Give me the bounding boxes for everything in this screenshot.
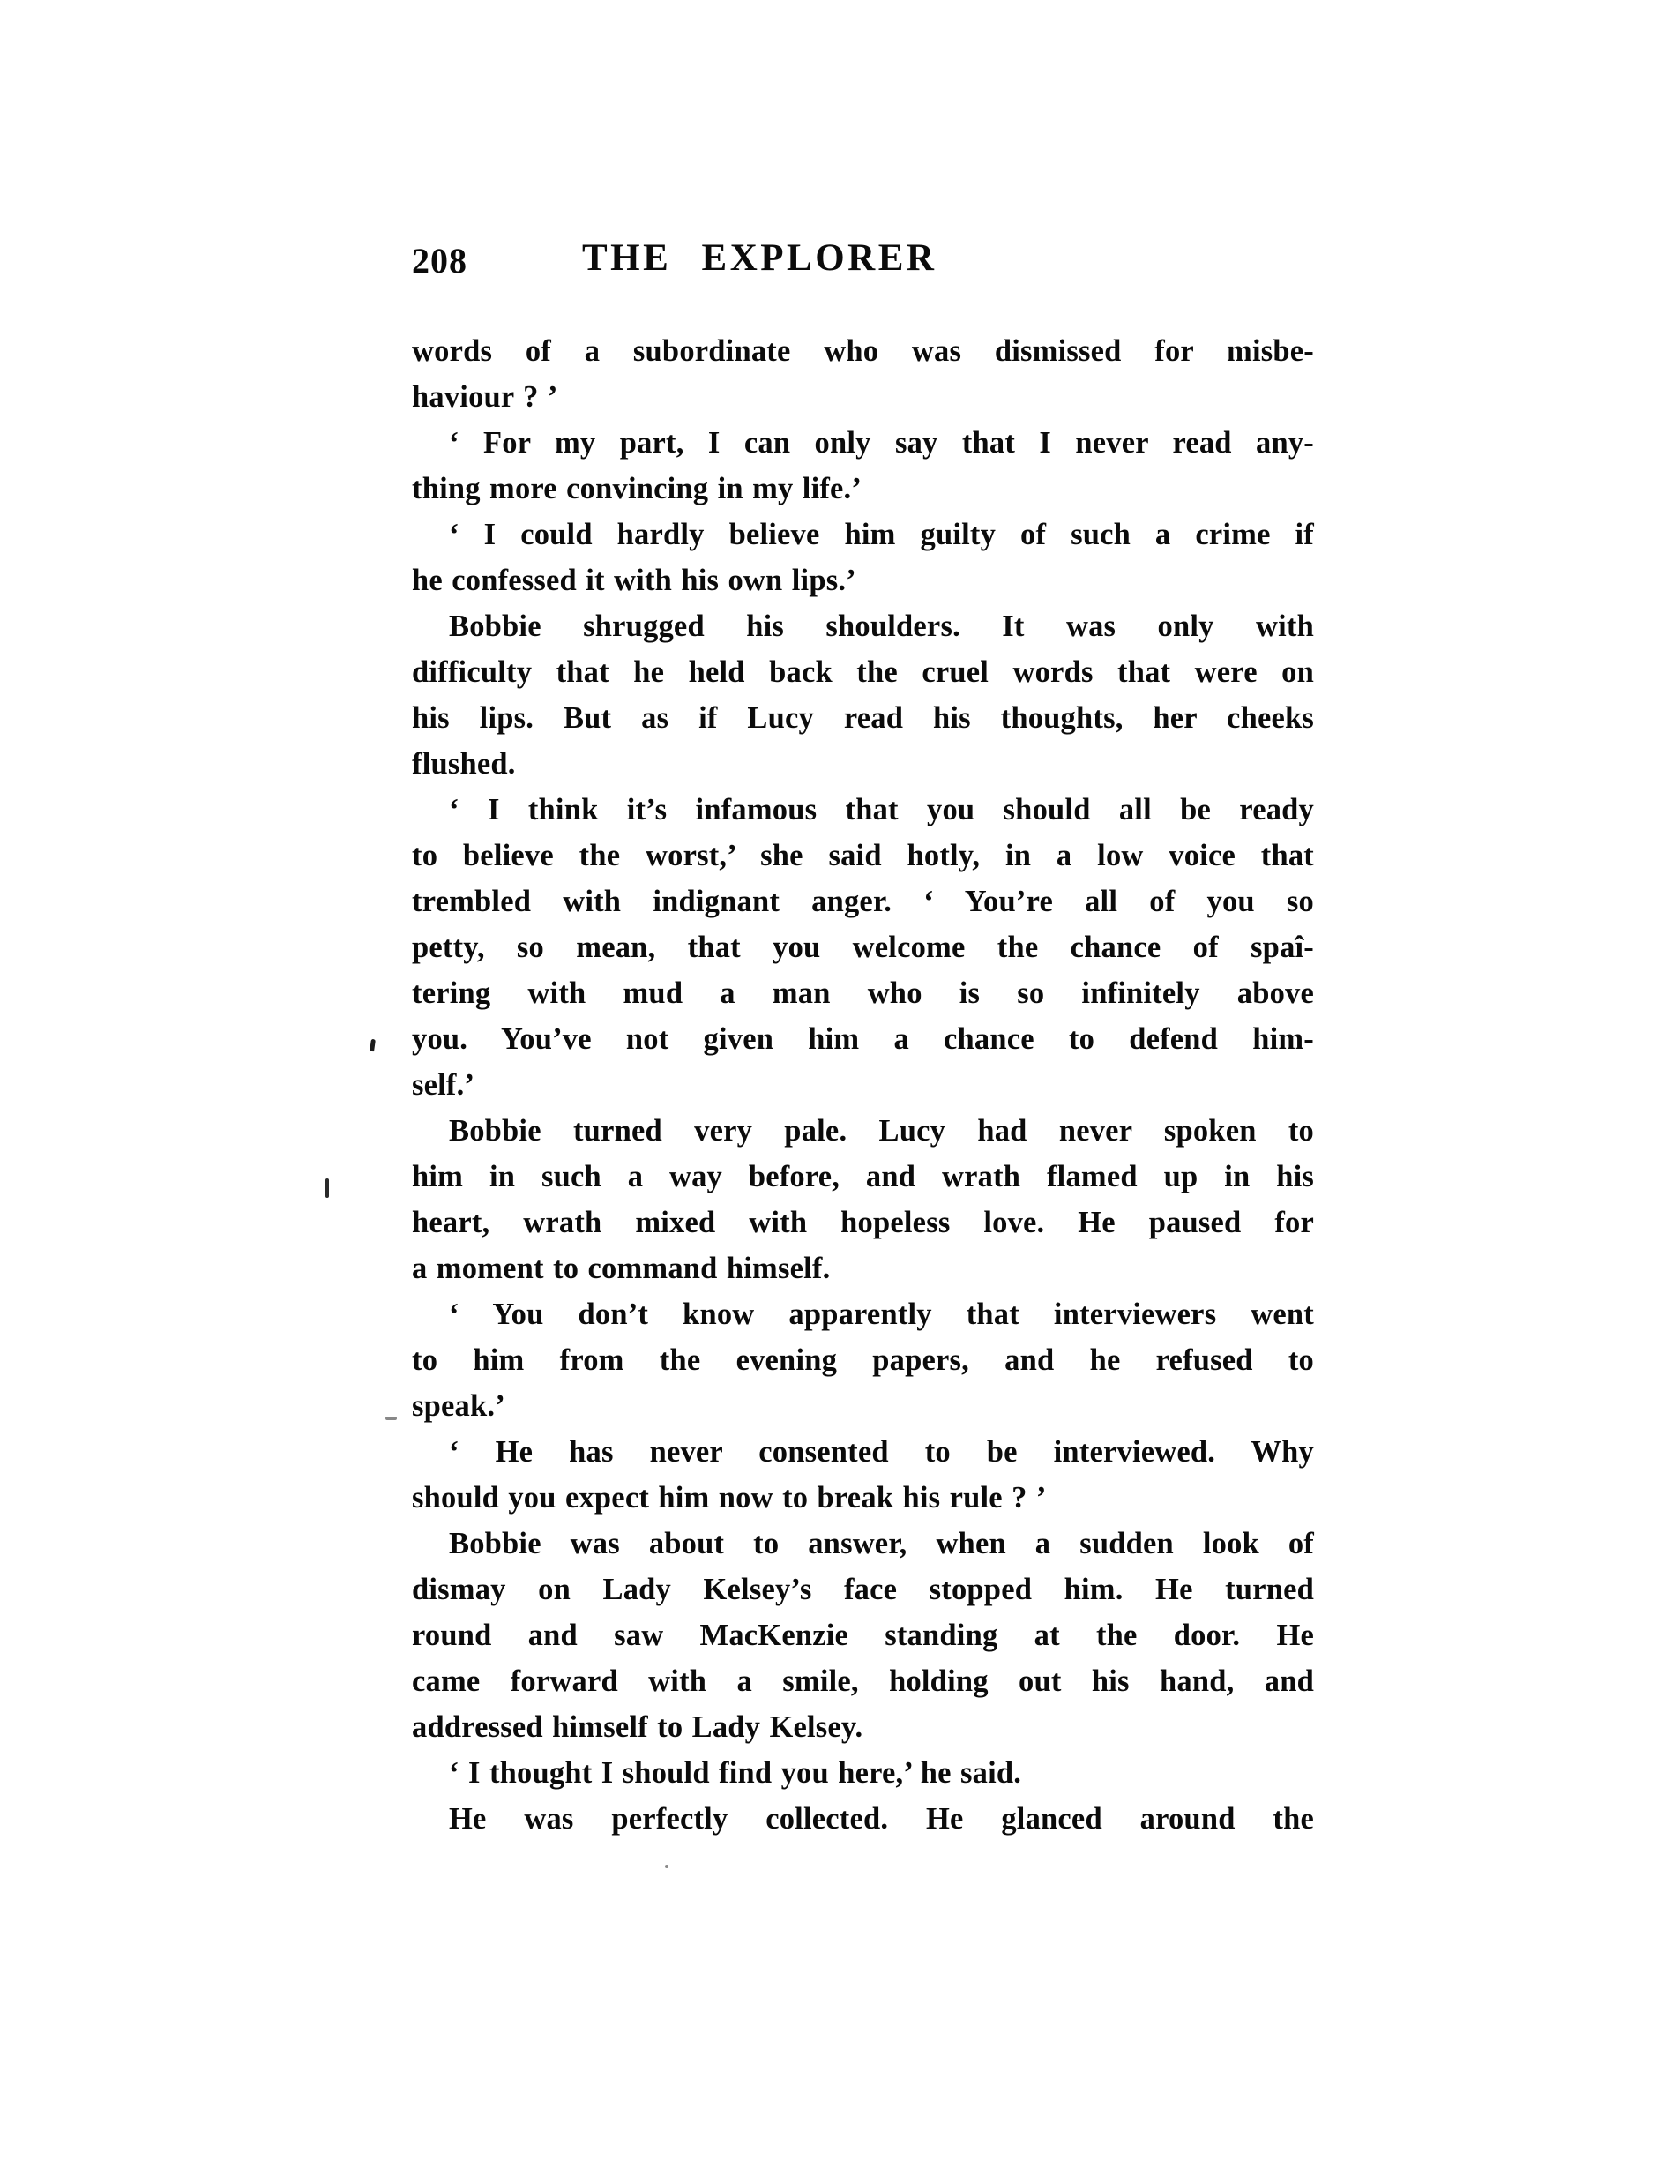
body-text-block: words of a subordinate who was dismissed… bbox=[412, 328, 1314, 1842]
text-line: him in such a way before, and wrath flam… bbox=[412, 1154, 1314, 1200]
text-line: ‘ I think it’s infamous that you should … bbox=[412, 787, 1314, 833]
book-page-scan: 208 THE EXPLORER words of a subordinate … bbox=[0, 0, 1680, 2184]
text-line: ‘ He has never consented to be interview… bbox=[412, 1429, 1314, 1475]
text-line: he confessed it with his own lips.’ bbox=[412, 557, 1314, 603]
text-line: words of a subordinate who was dismissed… bbox=[412, 328, 1314, 374]
running-title: THE EXPLORER bbox=[582, 236, 937, 280]
text-line: you. You’ve not given him a chance to de… bbox=[412, 1016, 1314, 1062]
text-line: to believe the worst,’ she said hotly, i… bbox=[412, 833, 1314, 879]
text-line: self.’ bbox=[412, 1062, 1314, 1108]
text-line: dismay on Lady Kelsey’s face stopped him… bbox=[412, 1567, 1314, 1612]
text-line: flushed. bbox=[412, 741, 1314, 787]
stray-apostrophe-mark bbox=[370, 1039, 376, 1052]
text-line: speak.’ bbox=[412, 1383, 1314, 1429]
text-line: heart, wrath mixed with hopeless love. H… bbox=[412, 1200, 1314, 1245]
text-line: ‘ You don’t know apparently that intervi… bbox=[412, 1291, 1314, 1337]
text-line: Bobbie shrugged his shoulders. It was on… bbox=[412, 603, 1314, 649]
text-line: to him from the evening papers, and he r… bbox=[412, 1337, 1314, 1383]
page-header: 208 THE EXPLORER bbox=[412, 235, 1314, 288]
text-line: ‘ For my part, I can only say that I nev… bbox=[412, 420, 1314, 466]
text-line: his lips. But as if Lucy read his though… bbox=[412, 695, 1314, 741]
text-line: difficulty that he held back the cruel w… bbox=[412, 649, 1314, 695]
stray-dash-mark bbox=[385, 1417, 397, 1420]
text-line: He was perfectly collected. He glanced a… bbox=[412, 1796, 1314, 1842]
text-line: thing more convincing in my life.’ bbox=[412, 466, 1314, 512]
text-line: petty, so mean, that you welcome the cha… bbox=[412, 924, 1314, 970]
stray-tick-mark bbox=[325, 1178, 329, 1198]
text-line: trembled with indignant anger. ‘ You’re … bbox=[412, 879, 1314, 924]
stray-dot-mark bbox=[665, 1865, 668, 1868]
text-line: haviour ? ’ bbox=[412, 374, 1314, 420]
text-line: Bobbie turned very pale. Lucy had never … bbox=[412, 1108, 1314, 1154]
text-line: tering with mud a man who is so infinite… bbox=[412, 970, 1314, 1016]
text-line: a moment to command himself. bbox=[412, 1245, 1314, 1291]
page-number: 208 bbox=[412, 240, 467, 281]
text-line: came forward with a smile, holding out h… bbox=[412, 1658, 1314, 1704]
text-line: round and saw MacKenzie standing at the … bbox=[412, 1612, 1314, 1658]
text-line: ‘ I thought I should find you here,’ he … bbox=[412, 1750, 1314, 1796]
text-line: addressed himself to Lady Kelsey. bbox=[412, 1704, 1314, 1750]
text-line: should you expect him now to break his r… bbox=[412, 1475, 1314, 1521]
text-line: Bobbie was about to answer, when a sudde… bbox=[412, 1521, 1314, 1567]
text-line: ‘ I could hardly believe him guilty of s… bbox=[412, 512, 1314, 557]
